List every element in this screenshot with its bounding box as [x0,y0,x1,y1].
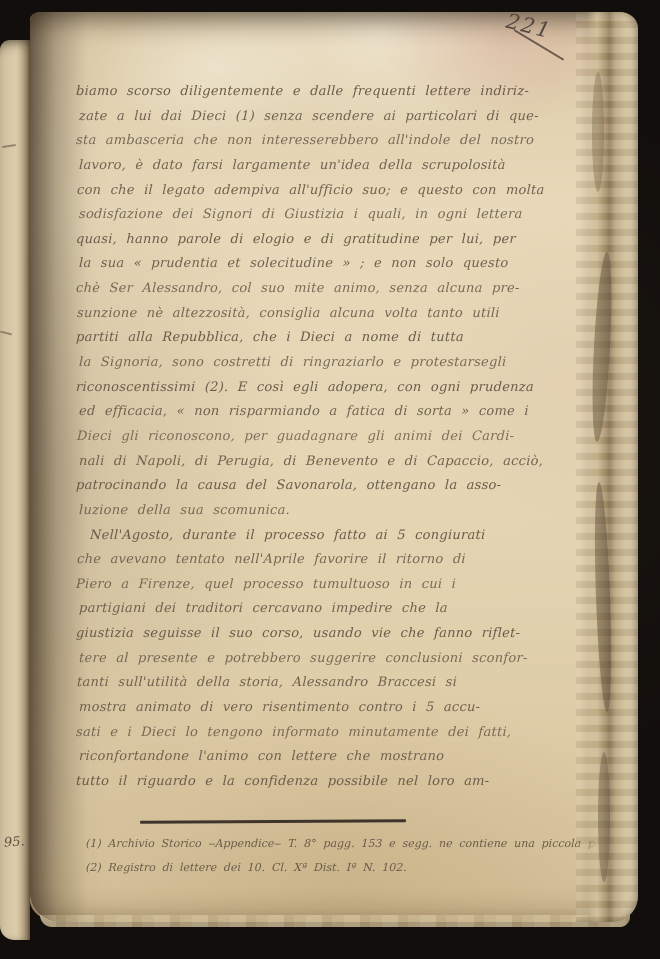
text-line: Dieci gli riconoscono, per guadagnare gl… [76,425,577,450]
text-line: con che il legato adempiva all'ufficio s… [76,179,577,204]
previous-page-edge: 95. [0,40,30,940]
text-line: riconoscentissimi (2). E così egli adope… [76,376,577,401]
ink-showthrough-mark [2,144,16,148]
manuscript-page: 221 biamo scorso diligentemente e dalle … [30,12,638,922]
text-line: biamo scorso diligentemente e dalle freq… [76,80,577,105]
text-line: sati e i Dieci lo tengono informato minu… [76,721,577,746]
text-line: chè Ser Alessandro, col suo mite animo, … [76,277,577,302]
text-line: tanti sull'utilità della storia, Alessan… [76,671,577,696]
fore-edge-stain [598,752,610,882]
text-line: partigiani dei traditori cercavano imped… [76,597,577,622]
text-line: ed efficacia, « non risparmiando a fatic… [76,400,577,425]
page-fore-edge [576,12,638,922]
fore-edge-stain [592,482,614,712]
text-line: luzione della sua scomunica. [76,499,577,524]
text-line: Piero a Firenze, quel processo tumultuos… [76,573,577,598]
text-line: la Signoria, sono costretti di ringrazia… [76,351,577,376]
text-line: partiti alla Repubblica, che i Dieci a n… [76,326,577,351]
text-line: quasi, hanno parole di elogio e di grati… [76,228,577,253]
text-line: la sua « prudentia et solecitudine » ; e… [76,252,577,277]
text-line: patrocinando la causa del Savonarola, ot… [76,474,577,499]
text-line: lavoro, è dato farsi largamente un'idea … [76,154,577,179]
footnote-line: (1) Archivio Storico ‒Appendice‒ T. 8° p… [86,832,607,856]
text-line: sunzione nè altezzosità, consiglia alcun… [76,302,577,327]
text-line: mostra animato di vero risentimento cont… [76,696,577,721]
ink-showthrough-mark [0,331,12,336]
text-line: zate a lui dai Dieci (1) senza scendere … [76,105,577,130]
text-line: riconfortandone l'animo con lettere che … [76,745,577,770]
text-line: sta ambasceria che non interesserebbero … [76,129,577,154]
photo-backdrop: 95. 221 biamo scorso diligentemente e da… [0,0,660,959]
margin-number: 95. [4,834,26,850]
footnotes: (1) Archivio Storico ‒Appendice‒ T. 8° p… [86,832,606,880]
fore-edge-stain [592,72,604,192]
text-line: nali di Napoli, di Perugia, di Benevento… [76,450,577,475]
text-line: tere al presente e potrebbero suggerire … [76,647,577,672]
footnote-separator [140,819,406,823]
text-line: Nell'Agosto, durante il processo fatto a… [76,524,577,549]
fore-edge-stain [589,252,615,443]
manuscript-text: biamo scorso diligentemente e dalle freq… [76,80,576,795]
page-bottom-deckle-edge [40,915,630,927]
text-line: giustizia seguisse il suo corso, usando … [76,622,577,647]
text-line: tutto il riguardo e la confidenza possib… [76,770,577,795]
footnote-line: (2) Registro di lettere dei 10. Cl. Xª D… [86,856,607,880]
text-line: che avevano tentato nell'Aprile favorire… [76,548,577,573]
text-line: sodisfazione dei Signori di Giustizia i … [76,203,577,228]
